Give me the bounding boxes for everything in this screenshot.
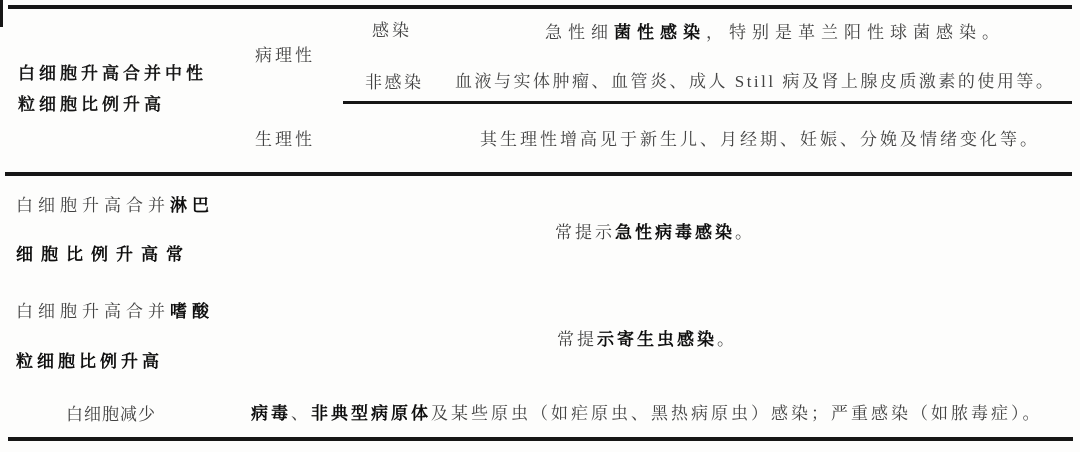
- leukopenia-detail-emphasis2: 非典型病原体: [311, 404, 431, 423]
- cell-physiological-label: 生理性: [255, 130, 315, 149]
- cell-pathological-label: 病理性: [255, 46, 315, 65]
- cell-non-infection-label: 非感染: [365, 73, 424, 92]
- cell-infection-label: 感染: [372, 21, 412, 40]
- table-bottom-border: [8, 437, 1073, 441]
- cell-leukopenia-detail: 病毒、非典型病原体及某些原虫（如疟原虫、黑热病原虫）感染；严重感染（如脓毒症）。: [251, 404, 1043, 423]
- cell-infection-detail: 急性细菌性感染，特别是革兰阳性球菌感染。: [545, 23, 1005, 42]
- row-header-lymphocyte-regular: 白细胞升高合并: [16, 196, 170, 215]
- cell-lymphocyte-detail: 常提示急性病毒感染。: [555, 223, 755, 242]
- leukopenia-detail-rest: 及某些原虫（如疟原虫、黑热病原虫）感染；严重感染（如脓毒症）。: [431, 404, 1043, 423]
- cell-eosinophil-detail: 常提示寄生虫感染。: [557, 330, 737, 349]
- row-header-neutrophil: 白细胞升高合并中性 粒细胞比例升高: [18, 58, 207, 120]
- leukopenia-detail-emphasis1: 病毒: [251, 404, 291, 423]
- cell-physiological-detail: 其生理性增高见于新生儿、月经期、妊娠、分娩及情绪变化等。: [480, 130, 1040, 149]
- section1-bottom-border: [5, 172, 1072, 176]
- eosinophil-detail-post: 。: [717, 330, 737, 349]
- row-header-eosinophil-regular: 白细胞升高合并: [16, 302, 170, 321]
- infection-detail-pre: 急性细: [545, 23, 614, 42]
- table-top-border: [8, 5, 1072, 9]
- infection-detail-post: ，特别是革兰阳性球菌感染。: [706, 23, 1005, 42]
- row-header-lymphocyte-line2: 细胞比例升高常: [16, 245, 191, 264]
- row-header-eosinophil-line1: 白细胞升高合并嗜酸: [16, 302, 214, 321]
- row-header-lymphocyte-emphasis: 淋巴: [170, 196, 214, 215]
- row-header-lymphocyte-line1: 白细胞升高合并淋巴: [16, 196, 214, 215]
- row-header-eosinophil-emphasis: 嗜酸: [170, 302, 214, 321]
- pathological-physiological-divider: [343, 101, 1072, 104]
- row-header-neutrophil-line1: 白细胞升高合并中性: [18, 64, 207, 83]
- lymphocyte-detail-pre: 常提示: [555, 223, 615, 242]
- lymphocyte-detail-emphasis: 急性病毒感染: [615, 223, 735, 242]
- infection-detail-emphasis: 菌性感染: [614, 23, 706, 42]
- eosinophil-detail-emphasis: 示寄生虫感染: [597, 330, 717, 349]
- cell-non-infection-detail: 血液与实体肿瘤、血管炎、成人 Still 病及肾上腺皮质激素的使用等。: [455, 72, 1055, 91]
- row-header-neutrophil-line2: 粒细胞比例升高: [18, 95, 165, 114]
- lymphocyte-detail-post: 。: [735, 223, 755, 242]
- row-header-leukopenia: 白细胞减少: [66, 405, 156, 424]
- leukopenia-detail-separator: 、: [291, 404, 311, 423]
- wbc-differential-table: 白细胞升高合并中性 粒细胞比例升高 病理性 生理性 感染 非感染 急性细菌性感染…: [0, 0, 1080, 452]
- row-header-eosinophil-line2: 粒细胞比例升高: [16, 352, 163, 371]
- eosinophil-detail-pre: 常提: [557, 330, 597, 349]
- left-edge-tick: [0, 0, 3, 27]
